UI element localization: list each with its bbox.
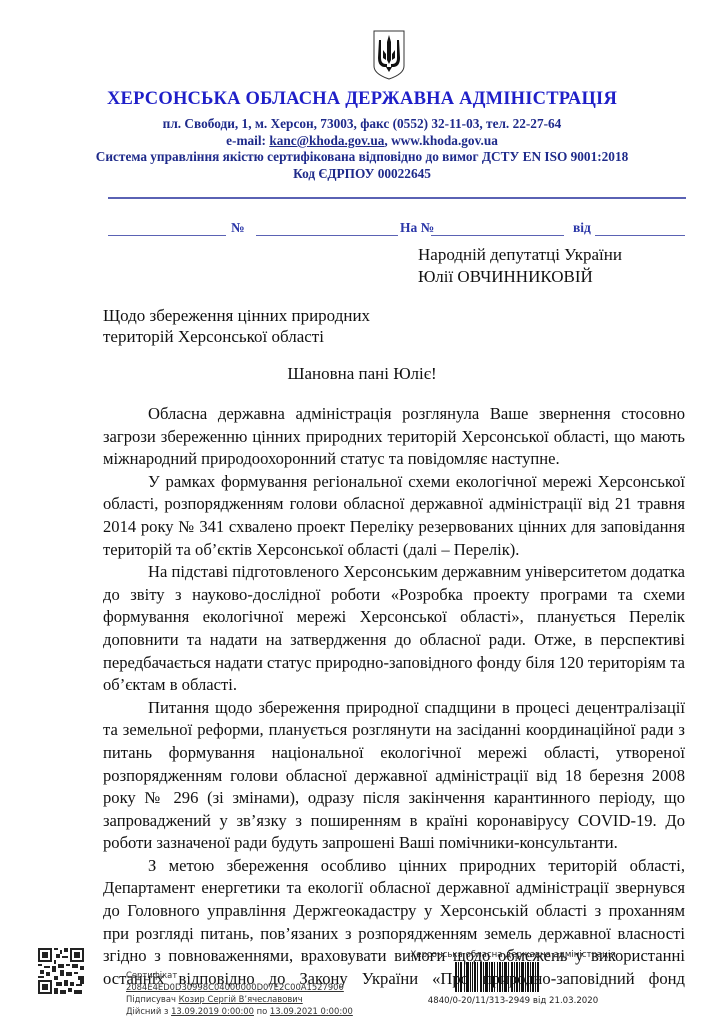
registration-number: 4840/0-20/11/313-2949 від 21.03.2020 [398,996,628,1006]
qr-code-icon [38,948,84,994]
organization-address: пл. Свободи, 1, м. Херсон, 73003, факс (… [0,116,724,132]
certificate-label: Сертифікат [126,969,353,981]
organization-contacts: e-mail: kanc@khoda.gov.ua, www.khoda.gov… [0,133,724,149]
outgoing-number-field [256,235,398,237]
reply-to-label: На № [400,220,434,236]
addressee-position: Народній депутатці України [418,244,622,266]
reply-to-number-field [431,235,564,237]
letter-body: Обласна державна адміністрація розглянул… [103,403,685,990]
body-paragraph: Питання щодо збереження природної спадщи… [103,697,685,855]
digital-signature-info: Сертифікат 2084E4ED0D30998C04000000D07E2… [126,969,353,1017]
number-label: № [231,220,245,236]
edrpou-code: Код ЄДРПОУ 00022645 [0,166,724,182]
reply-to-date-field [595,235,685,237]
body-paragraph: На підставі підготовленого Херсонським д… [103,561,685,697]
valid-to: 13.09.2021 0:00:00 [270,1006,353,1016]
barcode-icon [455,962,539,992]
certificate-id: 2084E4ED0D30998C04000000D07E2C00A1527900 [126,982,344,992]
addressee-name: Юлії ОВЧИННИКОВІЙ [418,266,593,288]
letter-subject: Щодо збереження цінних природних територ… [103,305,370,347]
organization-title: ХЕРСОНСЬКА ОБЛАСНА ДЕРЖАВНА АДМІНІСТРАЦІ… [0,89,724,110]
signer-label: Підписувач [126,994,179,1004]
subject-line-2: територій Херсонської області [103,326,370,347]
header-divider [108,197,686,199]
date-label: від [573,220,591,236]
email-link[interactable]: kanc@khoda.gov.ua [269,133,384,148]
valid-to-label: по [254,1006,270,1016]
barcode-organization: Херсонська обласна державна адміністраці… [398,950,628,960]
email-label: e-mail: [226,133,269,148]
valid-from-label: Дійсний з [126,1006,171,1016]
subject-line-1: Щодо збереження цінних природних [103,305,370,326]
website-link[interactable]: www.khoda.gov.ua [391,133,498,148]
body-paragraph: У рамках формування регіональної схеми е… [103,471,685,561]
body-paragraph: Обласна державна адміністрація розглянул… [103,403,685,471]
signer-name: Козир Сергій В’ячеславович [179,994,303,1004]
ukraine-trident-coat-of-arms-icon [373,30,405,80]
iso-certification: Система управління якістю сертифікована … [0,149,724,165]
valid-from: 13.09.2019 0:00:00 [171,1006,254,1016]
reference-row: № На № від [108,218,688,240]
salutation: Шановна пані Юліє! [0,364,724,384]
outgoing-date-field [108,235,226,237]
